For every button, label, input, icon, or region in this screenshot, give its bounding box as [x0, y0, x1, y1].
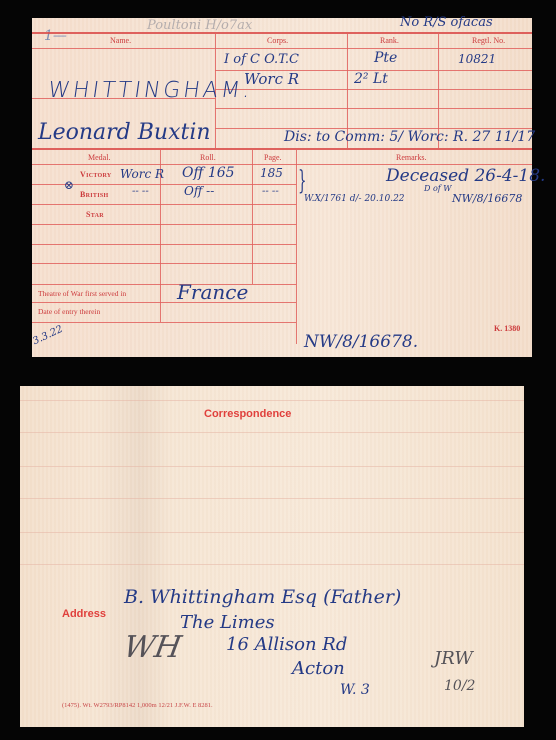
address-line-4: Acton [292, 658, 345, 679]
ruling [32, 263, 296, 264]
ruling [215, 48, 532, 49]
ruling [32, 322, 296, 323]
header-medal: Medal. [88, 153, 110, 162]
ruling [32, 48, 215, 49]
address-line-2: The Limes [180, 612, 275, 633]
british-roll: Off -- [184, 184, 214, 198]
header-remarks: Remarks. [396, 153, 426, 162]
corps-2: Worc R [244, 70, 299, 88]
ruling [32, 302, 296, 303]
remarks-dofw: D of W [424, 184, 452, 193]
ruling [32, 148, 532, 150]
ruling [32, 224, 296, 225]
faint-ruling [20, 564, 524, 565]
header-roll: Roll. [200, 153, 216, 162]
regtl-no-1: 10821 [458, 52, 496, 66]
initials-left: WH [121, 630, 184, 665]
medal-star: Star [86, 210, 104, 219]
column-divider [252, 148, 253, 284]
corps-1: I of C O.T.C [224, 52, 299, 67]
ruling [215, 108, 532, 109]
address-line-3: 16 Allison Rd [226, 634, 347, 655]
faint-ruling [20, 400, 524, 401]
commission-note: Dis: to Comm: 5/ Worc: R. 27 11/17 [284, 129, 535, 145]
remarks-reference: W.X/1761 d/- 20.10.22 [304, 194, 405, 204]
theatre-label: Theatre of War first served in [38, 289, 126, 298]
victory-page: 185 [260, 166, 283, 180]
faint-ruling [20, 466, 524, 467]
date-entry-label: Date of entry therein [38, 307, 100, 316]
ruling [32, 244, 296, 245]
brace-mark: } [298, 166, 306, 196]
victory-roll: Off 165 [182, 165, 235, 181]
medal-victory: Victory [80, 170, 112, 179]
ruling [32, 204, 296, 205]
corner-mark: 1— [44, 28, 67, 44]
header-page: Page. [264, 153, 282, 162]
ruling [32, 32, 532, 34]
initials-right: JRW [434, 648, 473, 669]
medal-british: British [80, 190, 108, 199]
victory-unit: Worc R [120, 167, 164, 181]
form-number: K. 1380 [494, 324, 520, 333]
initials-right-date: 10/2 [444, 678, 475, 694]
ruling [32, 164, 532, 165]
forenames: Leonard Buxtin [38, 120, 211, 145]
pencil-annotation: Poultoni H/o7ax [147, 18, 252, 33]
theatre-value: France [177, 280, 248, 304]
faint-ruling [20, 498, 524, 499]
rank-2: 2² Lt [354, 71, 388, 87]
surname: WHITTINGHAM. [46, 78, 254, 103]
ruling [32, 284, 296, 285]
remarks-file-ref: NW/8/16678 [452, 192, 522, 205]
column-divider [296, 148, 297, 344]
header-corps: Corps. [267, 36, 288, 45]
ruling [215, 89, 532, 90]
rank-1: Pte [374, 50, 397, 66]
address-label: Address [62, 608, 106, 620]
header-rank: Rank. [380, 36, 399, 45]
remarks-deceased: Deceased 26-4-18. [386, 166, 545, 186]
british-unit: -- -- [132, 186, 149, 197]
correspondence-title: Correspondence [204, 408, 291, 420]
date-stamp: 3.3.22 [31, 324, 64, 347]
header-name: Name. [110, 36, 131, 45]
medal-mark: ⊗ [64, 178, 74, 192]
address-line-5: W. 3 [340, 682, 370, 698]
british-page: -- -- [262, 186, 279, 197]
print-line: (1475). Wt. W2793/RP8142 1,000m 12/21 J.… [62, 702, 213, 709]
top-note: No R/S ofacas [400, 15, 493, 30]
faint-ruling [20, 432, 524, 433]
header-regtl-no: Regtl. No. [472, 36, 505, 45]
medal-card-front: Poultoni H/o7ax No R/S ofacas 1— Name. C… [32, 18, 532, 357]
address-line-1: B. Whittingham Esq (Father) [124, 586, 401, 608]
medal-card-back: Correspondence Address B. Whittingham Es… [20, 386, 524, 727]
bottom-ref: NW/8/16678. [304, 332, 418, 352]
faint-ruling [20, 532, 524, 533]
